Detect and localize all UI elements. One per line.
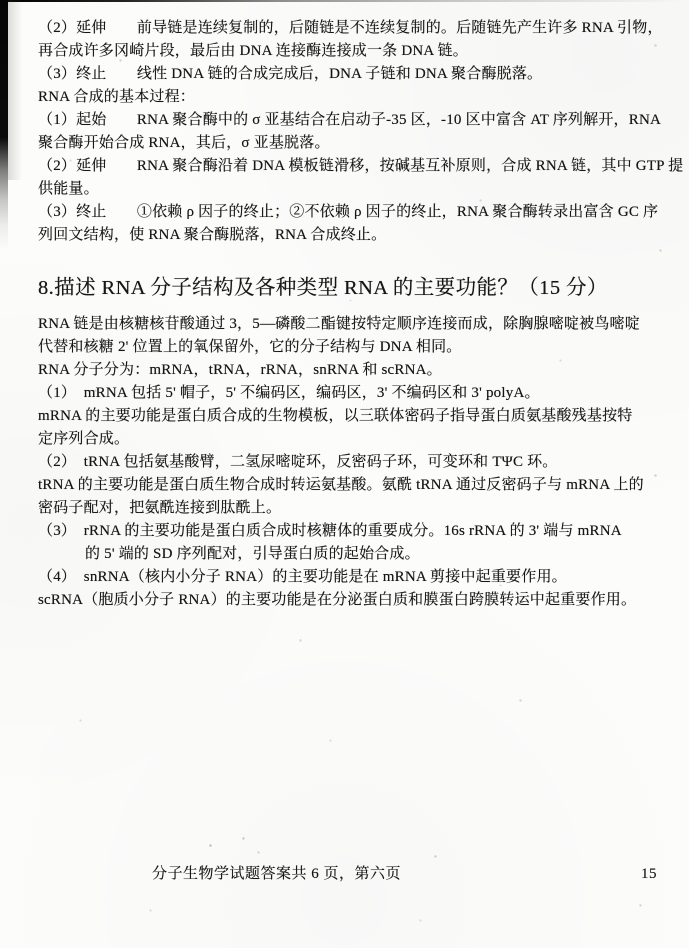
text-line: mRNA 的主要功能是蛋白质合成的生物模板，以三联体密码子指导蛋白质氨基酸残基按… xyxy=(38,405,658,428)
text-line: 定序列合成。 xyxy=(38,428,658,451)
scan-noise-speckles xyxy=(0,0,1,1)
text-line: tRNA 的主要功能是蛋白质生物合成时转运氨基酸。氨酰 tRNA 通过反密码子与… xyxy=(38,474,658,497)
scan-artifact-top-edge xyxy=(0,0,689,2)
text-line: （1） mRNA 包括 5' 帽子，5' 不编码区，编码区，3' 不编码区和 3… xyxy=(38,382,658,405)
text-line: （2）延伸 前导链是连续复制的，后随链是不连续复制的。后随链先产生许多 RNA … xyxy=(38,17,658,40)
scan-artifact-left-halo xyxy=(8,0,22,180)
document-content: （2）延伸 前导链是连续复制的，后随链是不连续复制的。后随链先产生许多 RNA … xyxy=(38,17,658,612)
answer-7-continuation: （2）延伸 前导链是连续复制的，后随链是不连续复制的。后随链先产生许多 RNA … xyxy=(38,17,658,247)
text-line: 供能量。 xyxy=(38,178,658,201)
page-footer: 分子生物学试题答案共 6 页，第六页 xyxy=(152,862,401,883)
text-line: 再合成许多冈崎片段，最后由 DNA 连接酶连接成一条 DNA 链。 xyxy=(38,40,658,63)
text-line: （3） rRNA 的主要功能是蛋白质合成时核糖体的重要成分。16s rRNA 的… xyxy=(38,520,658,543)
text-line: 聚合酶开始合成 RNA，其后，σ 亚基脱落。 xyxy=(38,132,658,155)
text-line: （3）终止 线性 DNA 链的合成完成后，DNA 子链和 DNA 聚合酶脱落。 xyxy=(38,63,658,86)
text-line: （4） snRNA（核内小分子 RNA）的主要功能是在 mRNA 剪接中起重要作… xyxy=(38,566,658,589)
text-line: （2）延伸 RNA 聚合酶沿着 DNA 模板链滑移，按碱基互补原则，合成 RNA… xyxy=(38,155,658,178)
question-8-heading: 8.描述 RNA 分子结构及各种类型 RNA 的主要功能？（15 分） xyxy=(38,270,658,300)
text-line: RNA 合成的基本过程： xyxy=(38,86,658,109)
text-line: 密码子配对，把氨酰连接到肽酰上。 xyxy=(38,497,658,520)
text-line: （2） tRNA 包括氨基酸臂，二氢尿嘧啶环，反密码子环，可变环和 TΨC 环。 xyxy=(38,451,658,474)
footer-text: 分子生物学试题答案共 6 页，第六页 xyxy=(152,866,401,882)
text-line: （3）终止 ①依赖 ρ 因子的终止；②不依赖 ρ 因子的终止，RNA 聚合酶转录… xyxy=(38,201,658,224)
text-line: （1）起始 RNA 聚合酶中的 σ 亚基结合在启动子-35 区，-10 区中富含… xyxy=(38,109,658,132)
page-number: 15 xyxy=(641,866,657,883)
text-line: scRNA（胞质小分子 RNA）的主要功能是在分泌蛋白质和膜蛋白跨膜转运中起重要… xyxy=(38,589,658,612)
scan-artifact-left-edge xyxy=(0,0,8,250)
text-line: RNA 分子分为：mRNA，tRNA，rRNA，snRNA 和 scRNA。 xyxy=(38,359,658,382)
text-line: 列回文结构，使 RNA 聚合酶脱落，RNA 合成终止。 xyxy=(38,224,658,247)
scanned-exam-page: （2）延伸 前导链是连续复制的，后随链是不连续复制的。后随链先产生许多 RNA … xyxy=(0,0,689,948)
text-line: 的 5' 端的 SD 序列配对，引导蛋白质的起始合成。 xyxy=(38,543,658,566)
answer-8: RNA 链是由核糖核苷酸通过 3，5—磷酸二酯键按特定顺序连接而成，除胸腺嘧啶被… xyxy=(38,313,658,612)
text-line: 代替和核糖 2' 位置上的氧保留外，它的分子结构与 DNA 相同。 xyxy=(38,336,658,359)
text-line: RNA 链是由核糖核苷酸通过 3，5—磷酸二酯键按特定顺序连接而成，除胸腺嘧啶被… xyxy=(38,313,658,336)
